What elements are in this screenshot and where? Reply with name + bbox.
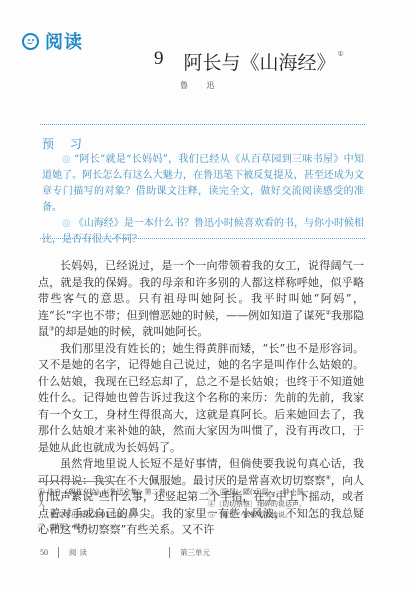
preview-item: ◎“阿长”就是“长妈妈”，我们已经从《从百草园到三味书屋》中知道她了。阿长怎么有… (42, 152, 364, 216)
footnotes-left: ① 选自《朝花夕拾》(《鲁迅全集》第二卷，人 民文学出版社2005年版）。 ②〔… (38, 487, 173, 533)
footnote: ③〔隐鼠〕鼷(xī)鼠，一种小鼠。 (208, 487, 368, 499)
preview-title: 预 习 (42, 136, 364, 152)
lesson-title-text: 阿长与《山海经》 (184, 48, 336, 75)
footnote: ⑤〔絮说〕絮絮叨叨地说。 (208, 510, 368, 522)
preview-bottom-divider (40, 238, 365, 239)
page-footer: 50 阅读 第三单元 (40, 547, 210, 558)
footer-divider (58, 547, 59, 558)
section-header: 阅读 (22, 28, 83, 54)
footnote: ① 选自《朝花夕拾》(《鲁迅全集》第二卷，人 民文学出版社2005年版）。 (38, 487, 173, 522)
footer-section: 阅读 (69, 547, 159, 558)
preview-top-divider (40, 124, 365, 125)
bullet-icon: ◎ (62, 154, 71, 165)
lesson-footnote-mark[interactable]: ① (338, 50, 344, 58)
lesson-title: 9 阿长与《山海经》 ① (154, 48, 344, 75)
bullet-icon: ◎ (62, 218, 71, 229)
footer-unit: 第三单元 (180, 547, 210, 558)
footnote: ②〔谋死〕谋杀。 (38, 522, 173, 534)
preview-section: 预 习 ◎“阿长”就是“长妈妈”，我们已经从《从百草园到三味书屋》中知道她了。阿… (42, 136, 364, 248)
smile-icon (22, 33, 39, 50)
author: 鲁 迅 (180, 80, 223, 91)
preview-item: ◎《山海经》是一本什么书？鲁迅小时候喜欢看的书，与你小时候相比，是否有很大不同？ (42, 216, 364, 248)
footnote: ④〔切切察察〕细碎的说话声。 (208, 499, 368, 511)
textbook-page: 阅读 9 阿长与《山海经》 ① 鲁 迅 预 习 ◎“阿长”就是“长妈妈”，我们已… (0, 0, 415, 592)
paragraph: 长妈妈，已经说过，是一个一向带领着我的女工，说得阔气一点，就是我的保姆。我的母亲… (38, 258, 364, 341)
footnotes-right: ③〔隐鼠〕鼷(xī)鼠，一种小鼠。 ④〔切切察察〕细碎的说话声。 ⑤〔絮说〕絮絮… (208, 487, 368, 522)
footer-divider (169, 547, 170, 558)
section-title: 阅读 (45, 28, 83, 54)
paragraph: 我们那里没有姓长的；她生得黄胖而矮，“长”也不是形容词。又不是她的名字，记得她自… (38, 341, 364, 457)
page-number: 50 (40, 548, 48, 557)
lesson-number: 9 (154, 48, 164, 70)
footnote-divider (38, 481, 118, 482)
